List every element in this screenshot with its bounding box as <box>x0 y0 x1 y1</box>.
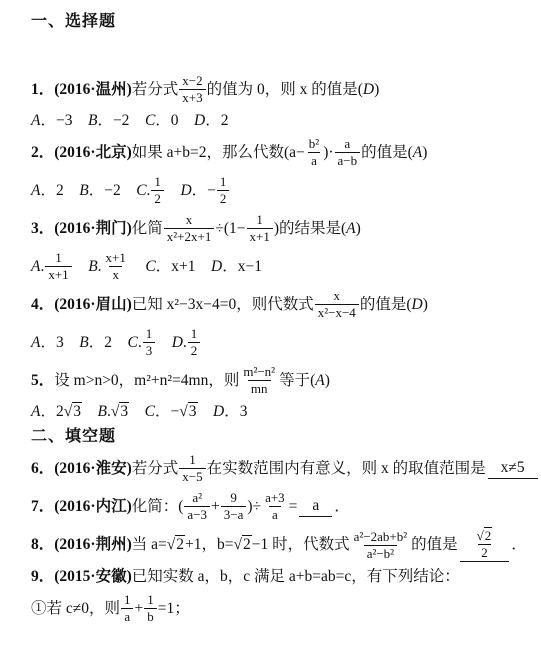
numerator: 1 <box>143 326 156 342</box>
question-label: 4．(2016·眉山) <box>31 295 132 315</box>
numerator: 1 <box>121 592 134 608</box>
italic-letter: D <box>363 80 374 100</box>
question-label: 8．(2016·荆州) <box>31 535 132 555</box>
text-run: 若分式 <box>132 80 179 100</box>
answer-blank: x≠5 <box>488 458 538 479</box>
denominator: 3−a <box>221 506 247 523</box>
numerator: x+1 <box>103 250 129 266</box>
fraction: aa−b <box>335 136 361 169</box>
numerator: √2 <box>474 528 496 544</box>
text-run: . <box>138 333 142 353</box>
question-1-options: A．−3 B．−2 C．0 D．2 <box>31 111 533 131</box>
denominator: 2 <box>151 190 164 207</box>
text-run: )· <box>323 143 333 163</box>
text-run: ．− <box>155 402 179 422</box>
text-run: 设 m>n>0，m²+n²=4mn，则 <box>54 371 239 391</box>
numerator: 1 <box>52 250 65 266</box>
text-run: 若分式 <box>132 459 179 479</box>
text-run: 的值为 0，则 x 的值是( <box>207 80 363 100</box>
numerator: a²−2ab+b² <box>351 529 411 545</box>
text-run: )的结果是( <box>274 219 346 239</box>
fraction: a²a−3 <box>184 490 210 523</box>
denominator: x+1 <box>247 228 273 245</box>
text-run: −1 时，代数式 <box>252 535 350 555</box>
radicand: 3 <box>188 402 198 420</box>
question-5-options: A．2√3 B.√3 C．−√3 D．3 <box>31 402 533 422</box>
italic-letter: D <box>194 111 205 131</box>
denominator: b <box>144 608 157 625</box>
numerator: 1 <box>188 326 201 342</box>
italic-letter: C <box>127 333 137 353</box>
fraction: 1x+1 <box>45 250 71 283</box>
text-run: + <box>135 599 144 619</box>
text-run: ．− <box>192 181 216 201</box>
fraction: 1x−5 <box>179 452 205 485</box>
numerator: m²−n² <box>240 364 278 380</box>
text-run: + <box>211 497 220 517</box>
text-run <box>82 402 98 422</box>
text-run: 等于( <box>279 371 315 391</box>
italic-letter: B <box>79 181 88 201</box>
fraction: 1b <box>144 592 157 625</box>
sqrt: √2 <box>167 535 185 555</box>
text-run: ．−3 <box>40 111 88 131</box>
radicand: 2 <box>484 527 493 543</box>
fraction: a²−2ab+b²a²−b² <box>351 529 411 562</box>
text-run: 化简 <box>132 219 163 239</box>
italic-letter: A <box>31 111 40 131</box>
text-run <box>165 181 181 201</box>
italic-letter: D <box>411 295 422 315</box>
text-run: ) <box>356 219 361 239</box>
radicand: 3 <box>72 402 82 420</box>
italic-letter: A <box>31 402 40 422</box>
fraction: b²a <box>306 136 322 169</box>
text-run: . <box>98 257 102 277</box>
question-label: 2．(2016·北京) <box>31 143 132 163</box>
italic-letter: B <box>88 111 97 131</box>
denominator: a <box>269 506 281 523</box>
text-run: 如果 a+b=2，那么代数(a− <box>132 143 305 163</box>
italic-letter: A <box>31 181 40 201</box>
question-label: 1．(2016·温州) <box>31 80 132 100</box>
italic-letter: B <box>79 333 88 353</box>
text-run: = <box>289 497 298 517</box>
radicand: 3 <box>119 402 129 420</box>
numerator: x <box>183 212 196 228</box>
text-run <box>156 333 172 353</box>
answer-blank: a <box>299 496 332 517</box>
italic-letter: D <box>211 257 222 277</box>
question-3-options: A.1x+1 B.x+1x C．x+1 D．x−1 <box>31 250 533 283</box>
denominator: 2 <box>188 342 201 359</box>
denominator: 2 <box>478 544 491 561</box>
numerator: a+3 <box>262 490 288 506</box>
text-run <box>130 257 146 277</box>
question-9-stem: 9．(2015·安徽)已知实数 a，b，c 满足 a+b=ab=c，有下列结论： <box>31 567 533 587</box>
italic-letter: A <box>315 371 324 391</box>
italic-letter: A <box>31 333 40 353</box>
text-run: ．2 <box>40 181 79 201</box>
question-label: 5． <box>31 371 54 391</box>
fraction: m²−n²mn <box>240 364 278 397</box>
sqrt: √3 <box>179 402 197 422</box>
italic-letter: C <box>145 257 155 277</box>
fraction: x+1x <box>103 250 129 283</box>
fraction: 12 <box>188 326 201 359</box>
text-run: ) <box>422 143 427 163</box>
numerator: 1 <box>144 592 157 608</box>
radical-icon: √ <box>234 536 243 553</box>
numerator: a <box>341 136 353 152</box>
text-run: ． <box>511 535 527 555</box>
denominator: 3 <box>143 342 156 359</box>
italic-letter: C <box>145 402 155 422</box>
sqrt: √3 <box>64 402 82 422</box>
numerator: x <box>331 288 344 304</box>
denominator: a <box>121 608 133 625</box>
denominator: x²+2x+1 <box>164 228 215 245</box>
italic-letter: A <box>413 143 422 163</box>
denominator: x−5 <box>179 468 205 485</box>
denominator: x²−x−4 <box>315 304 359 321</box>
text-run: ．2 <box>205 111 228 131</box>
question-6-stem: 6．(2016·淮安)若分式1x−5在实数范围内有意义，则 x 的取值范围是x≠… <box>31 452 533 485</box>
fraction: 1x+1 <box>247 212 273 245</box>
question-4-stem: 4．(2016·眉山)已知 x²−3x−4=0，则代数式xx²−x−4的值是(D… <box>31 288 533 321</box>
text-run <box>198 402 214 422</box>
text-run: 已知实数 a，b，c 满足 a+b=ab=c，有下列结论： <box>132 567 460 587</box>
question-2-options: A．2 B．−2 C.12 D．−12 <box>31 174 533 207</box>
italic-letter: C <box>145 111 155 131</box>
numerator: 1 <box>186 452 199 468</box>
spacer <box>31 34 533 68</box>
sqrt: √3 <box>111 402 129 422</box>
fraction: a+3a <box>262 490 288 523</box>
question-1-stem: 1．(2016·温州)若分式x−2x+3的值为 0，则 x 的值是(D) <box>31 73 533 106</box>
numerator: 1 <box>253 212 266 228</box>
radicand: 2 <box>175 535 185 553</box>
fraction: √22 <box>474 528 496 561</box>
numerator: 1 <box>151 174 164 190</box>
text-run <box>129 402 145 422</box>
text-run: ．−2 <box>97 111 145 131</box>
text-run: ．0 <box>155 111 194 131</box>
denominator: a²−b² <box>364 545 397 562</box>
text-run: ) <box>423 295 428 315</box>
radical-icon: √ <box>477 528 484 543</box>
section-2-heading: 二、填空题 <box>31 427 533 447</box>
radicand: 2 <box>242 535 252 553</box>
question-label: 9．(2015·安徽) <box>31 567 132 587</box>
text-run: 的值是( <box>360 295 412 315</box>
denominator: a−3 <box>184 506 210 523</box>
text-run: ．−2 <box>89 181 137 201</box>
text-run: ①若 c≠0，则 <box>31 599 120 619</box>
italic-letter: A <box>346 219 355 239</box>
text-run: ) <box>374 80 379 100</box>
question-9-statement-1: ①若 c≠0，则1a+1b=1； <box>31 592 533 625</box>
sqrt: √2 <box>234 535 252 555</box>
numerator: 1 <box>217 174 230 190</box>
denominator: mn <box>248 380 271 397</box>
question-4-options: A．3 B．2 C.13 D.12 <box>31 326 533 359</box>
text-run: ．x+1 <box>156 257 211 277</box>
question-label: 7．(2016·内江) <box>31 497 132 517</box>
denominator: a−b <box>335 152 361 169</box>
fraction: 1a <box>121 592 134 625</box>
italic-letter: A <box>31 257 40 277</box>
text-run: 的值是 <box>411 535 458 555</box>
italic-letter: D <box>213 402 224 422</box>
text-run: +1，b= <box>185 535 233 555</box>
radical-icon: √ <box>179 403 188 420</box>
fraction: xx²−x−4 <box>315 288 359 321</box>
text-run: 当 a= <box>132 535 167 555</box>
text-run: . <box>40 257 44 277</box>
denominator: 2 <box>217 190 230 207</box>
text-run: ． <box>334 497 350 517</box>
text-run: )÷ <box>247 497 261 517</box>
fraction: 13 <box>143 326 156 359</box>
fraction: x−2x+3 <box>179 73 205 106</box>
question-label: 3．(2016·荆门) <box>31 219 132 239</box>
denominator: x <box>109 266 122 283</box>
text-run: ．3 <box>224 402 247 422</box>
italic-letter: B <box>98 402 107 422</box>
text-run: ÷(1− <box>215 219 245 239</box>
text-run: ．2 <box>40 402 63 422</box>
text-run: 已知 x²−3x−4=0，则代数式 <box>132 295 314 315</box>
text-run: 化简：( <box>132 497 184 517</box>
numerator: 9 <box>227 490 240 506</box>
fraction: 12 <box>151 174 164 207</box>
text-run: . <box>183 333 187 353</box>
denominator: a <box>308 152 320 169</box>
italic-letter: C <box>136 181 146 201</box>
text-run: =1； <box>158 599 190 619</box>
italic-letter: D <box>172 333 183 353</box>
text-run: ) <box>325 371 330 391</box>
question-label: 6．(2016·淮安) <box>31 459 132 479</box>
text-run: ．3 <box>40 333 79 353</box>
text-run: 在实数范围内有意义，则 x 的取值范围是 <box>207 459 486 479</box>
radical-icon: √ <box>167 536 176 553</box>
numerator: x−2 <box>179 73 205 89</box>
question-5-stem: 5．设 m>n>0，m²+n²=4mn，则m²−n²mn等于(A) <box>31 364 533 397</box>
question-2-stem: 2．(2016·北京)如果 a+b=2，那么代数(a−b²a)·aa−b的值是(… <box>31 136 533 169</box>
question-7-stem: 7．(2016·内江)化简：(a²a−3+93−a)÷a+3a=a． <box>31 490 533 523</box>
italic-letter: D <box>180 181 191 201</box>
question-8-stem: 8．(2016·荆州)当 a=√2+1，b=√2−1 时，代数式a²−2ab+b… <box>31 528 533 562</box>
text-run: 的值是( <box>361 143 413 163</box>
radical-icon: √ <box>64 403 73 420</box>
worksheet-page: 一、选择题 1．(2016·温州)若分式x−2x+3的值为 0，则 x 的值是(… <box>0 0 541 625</box>
numerator: b² <box>306 136 322 152</box>
fraction: 93−a <box>221 490 247 523</box>
answer-blank: √22 <box>460 528 510 562</box>
denominator: x+3 <box>179 89 205 106</box>
question-3-stem: 3．(2016·荆门)化简xx²+2x+1÷(1−1x+1)的结果是(A) <box>31 212 533 245</box>
text-run: ．2 <box>89 333 128 353</box>
denominator: x+1 <box>45 266 71 283</box>
fraction: xx²+2x+1 <box>164 212 215 245</box>
numerator: a² <box>189 490 205 506</box>
fraction: 12 <box>217 174 230 207</box>
italic-letter: B <box>88 257 97 277</box>
text-run: ．x−1 <box>222 257 262 277</box>
section-1-heading: 一、选择题 <box>31 12 533 32</box>
sqrt: √2 <box>477 527 493 543</box>
text-run <box>73 257 89 277</box>
text-run: . <box>147 181 151 201</box>
